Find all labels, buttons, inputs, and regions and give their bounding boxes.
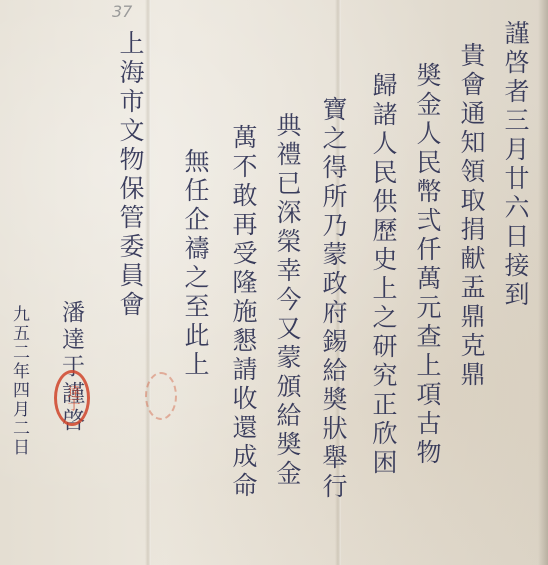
letter-sheet: 37 謹啓者三月廿六日接到 貴會通知領取捐献盂鼎克鼎 奬金人民幣弍仟萬元查上項古… <box>0 0 548 565</box>
paper-edge <box>538 0 548 565</box>
faint-seal-icon <box>145 372 177 420</box>
letter-date: 九五二年四月二日 <box>7 305 32 457</box>
addressee-column: 上海市文物保管委員會 <box>115 30 145 320</box>
letter-column-5: 寶之得所乃蒙政府錫給奬狀舉行 <box>318 96 348 502</box>
letter-column-7: 萬不敢再受隆施懇請收還成命 <box>228 124 258 501</box>
paper-fold <box>145 0 151 565</box>
letter-column-2: 貴會通知領取捐献盂鼎克鼎 <box>456 42 486 390</box>
letter-column-6: 典禮已深榮幸今又蒙頒給奬金 <box>272 112 302 489</box>
page-number-mark: 37 <box>112 2 132 21</box>
letter-column-8: 無任企禱之至此上 <box>180 148 210 380</box>
letter-column-4: 歸諸人民供歷史上之研究正欣困 <box>368 72 398 478</box>
letter-column-1: 謹啓者三月廿六日接到 <box>500 20 530 310</box>
red-seal-icon: 達于 <box>54 370 90 426</box>
letter-column-3: 奬金人民幣弍仟萬元查上項古物 <box>412 62 442 468</box>
